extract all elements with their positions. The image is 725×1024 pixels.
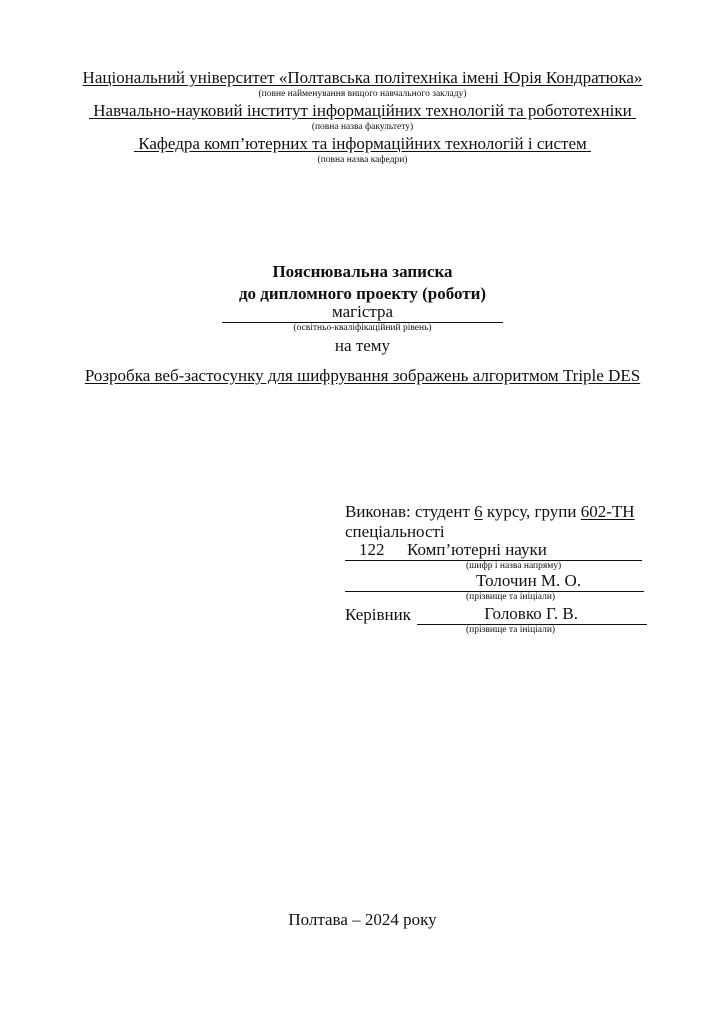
university-name: Національний університет «Полтавська пол… xyxy=(0,68,725,88)
title-page: Національний університет «Полтавська пол… xyxy=(0,0,725,1024)
specialty-label: спеціальності xyxy=(345,522,645,542)
level-text: магістра xyxy=(332,302,393,321)
topic: Розробка веб-застосунку для шифрування з… xyxy=(0,366,725,386)
department-name: Кафедра комп’ютерних та інформаційних те… xyxy=(134,134,591,153)
institute-text: Навчально-науковий інститут інформаційни… xyxy=(93,101,631,120)
group-number: 602-ТН xyxy=(581,502,635,521)
supervisor-line: Керівник Головко Г. В. xyxy=(345,605,645,625)
level-line: магістра xyxy=(0,302,725,323)
specialty-name: Комп’ютерні науки xyxy=(407,540,547,560)
supervisor-name: Головко Г. В. xyxy=(484,604,578,624)
course-number: 6 xyxy=(474,502,483,521)
on-topic-label: на тему xyxy=(0,336,725,356)
university-caption: (повне найменування вищого навчального з… xyxy=(0,89,725,100)
institute-line: Навчально-науковий інститут інформаційни… xyxy=(0,101,725,121)
department-text: Кафедра комп’ютерних та інформаційних те… xyxy=(138,134,587,153)
doc-subtitle: до дипломного проекту (роботи) xyxy=(0,284,725,304)
city-year: Полтава – 2024 року xyxy=(0,910,725,930)
student-underline: Толочин М. О. xyxy=(345,573,644,592)
supervisor-label: Керівник xyxy=(345,605,411,624)
student-name: Толочин М. О. xyxy=(476,571,581,591)
institute-name: Навчально-науковий інститут інформаційни… xyxy=(89,101,636,120)
course-label: курсу, групи xyxy=(487,502,577,521)
department-caption: (повна назва кафедри) xyxy=(0,155,725,166)
doc-title: Пояснювальна записка xyxy=(0,262,725,282)
student-caption: (прізвище та ініціали) xyxy=(466,592,555,603)
student-line: Толочин М. О. xyxy=(345,572,645,592)
specialty-code: 122 xyxy=(359,540,385,560)
performed-label: Виконав: студент xyxy=(345,502,470,521)
specialty-underline: 122 Комп’ютерні науки xyxy=(345,542,642,561)
specialty-line: 122 Комп’ютерні науки xyxy=(345,541,645,561)
level-caption: (освітньо-кваліфікаційний рівень) xyxy=(0,323,725,334)
performed-by-line: Виконав: студент 6 курсу, групи 602-ТН xyxy=(345,502,645,522)
level-underline: магістра xyxy=(222,302,503,323)
supervisor-caption: (прізвище та ініціали) xyxy=(466,625,555,636)
department-line: Кафедра комп’ютерних та інформаційних те… xyxy=(0,134,725,154)
institute-caption: (повна назва факультету) xyxy=(0,122,725,133)
supervisor-underline: Головко Г. В. xyxy=(417,606,647,625)
